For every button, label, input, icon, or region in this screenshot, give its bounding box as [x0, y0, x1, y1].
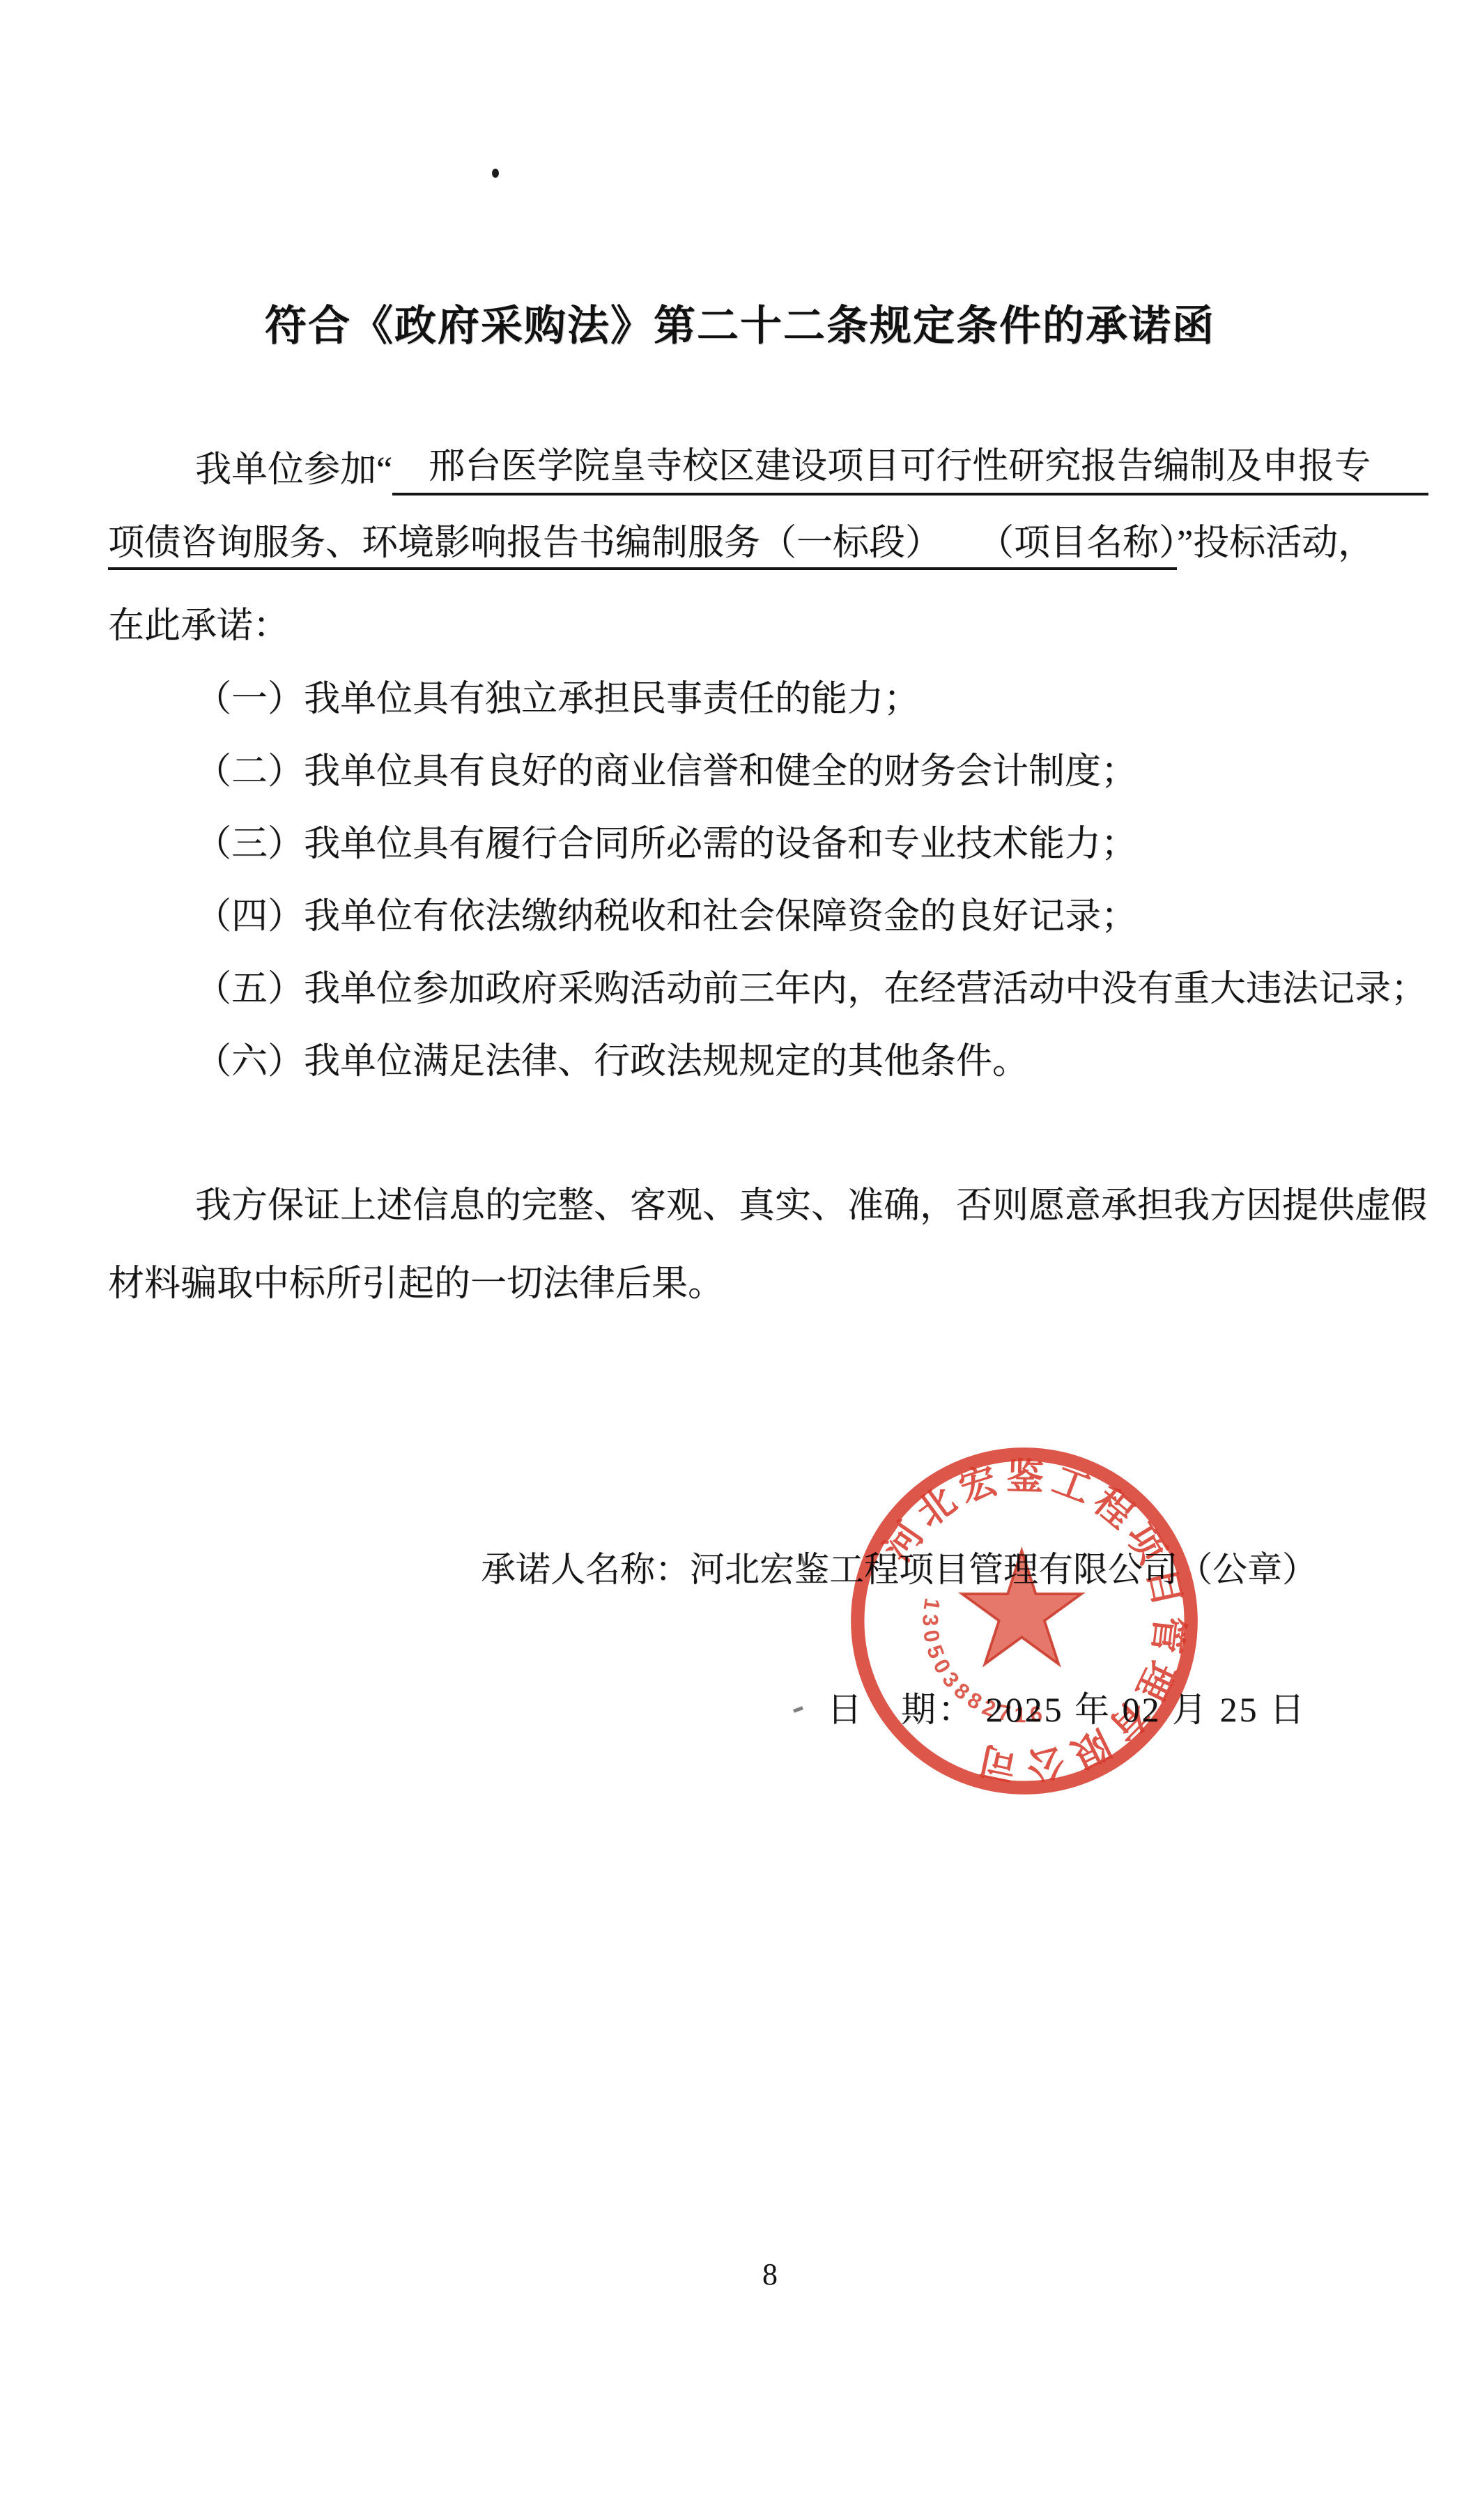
paragraph-line: 项债咨询服务、环境影响报告书编制服务（一标段） （项目名称）”投标活动， [108, 505, 1428, 583]
seal-ring [858, 1454, 1191, 1788]
scanned-document-page: { "document": { "title": "符合《政府采购法》第二十二条… [0, 0, 1480, 2520]
paragraph-line: 我单位参加“ 邢台医学院皇寺校区建设项目可行性研究报告编制及申报专 [108, 427, 1428, 505]
signature-line: 承诺人名称：河北宏鉴工程项目管理有限公司（公章） [481, 1542, 1317, 1592]
page-number: 8 [739, 2257, 801, 2292]
hereby-commit-text: 在此承诺： [108, 596, 289, 648]
opening-suffix: ”投标活动， [1177, 523, 1374, 563]
scan-speck [492, 169, 499, 178]
scan-mark [793, 1706, 803, 1712]
commitment-item-4: （四）我单位有依法缴纳税收和社会保障资金的良好记录； [108, 876, 1428, 948]
opening-paragraph: 我单位参加“ 邢台医学院皇寺校区建设项目可行性研究报告编制及申报专 项债咨询服务… [108, 427, 1428, 661]
signer-suffix: （公章） [1178, 1542, 1317, 1592]
commitment-item-1: （一）我单位具有独立承担民事责任的能力； [108, 659, 1428, 731]
document-page: 符合《政府采购法》第二十二条规定条件的承诺函 我单位参加“ 邢台医学院皇寺校区建… [0, 0, 1480, 2520]
seal-company-text: 河北宏鉴工程项目管理有限公司 [876, 1456, 1190, 1788]
date-line: 日 期： 2025 年 02 月 25 日 [827, 1682, 1306, 1732]
company-seal: 河北宏鉴工程项目管理有限公司 1305038827162 [832, 1429, 1217, 1813]
project-name-underlined-part1: 邢台医学院皇寺校区建设项目可行性研究报告编制及申报专 [392, 436, 1428, 495]
project-name-underlined-part2: 项债咨询服务、环境影响报告书编制服务（一标段） （项目名称） [108, 523, 1177, 570]
commitment-item-3: （三）我单位具有履行合同所必需的设备和专业技术能力； [108, 804, 1428, 876]
commitment-list: （一）我单位具有独立承担民事责任的能力； （二）我单位具有良好的商业信誉和健全的… [108, 659, 1428, 1093]
closing-line-1: 我方保证上述信息的完整、客观、真实、准确，否则愿意承担我方因提供虚假 [108, 1176, 1427, 1228]
closing-line-2: 材料骗取中标所引起的一切法律后果。 [108, 1254, 724, 1306]
paragraph-line: 在此承诺： [108, 583, 1428, 661]
commitment-item-2: （二）我单位具有良好的商业信誉和健全的财务会计制度； [108, 731, 1428, 804]
paragraph-line: 我方保证上述信息的完整、客观、真实、准确，否则愿意承担我方因提供虚假 [108, 1162, 1428, 1240]
commitment-item-6: （六）我单位满足法律、行政法规规定的其他条件。 [108, 1021, 1428, 1093]
commitment-item-5: （五）我单位参加政府采购活动前三年内，在经营活动中没有重大违法记录； [108, 948, 1428, 1021]
closing-paragraph: 我方保证上述信息的完整、客观、真实、准确，否则愿意承担我方因提供虚假 材料骗取中… [108, 1162, 1428, 1319]
signer-company: 河北宏鉴工程项目管理有限公司 [690, 1542, 1178, 1592]
paragraph-line: 材料骗取中标所引起的一切法律后果。 [108, 1240, 1428, 1319]
opening-prefix: 我单位参加“ [108, 440, 392, 492]
signer-label: 承诺人名称： [481, 1542, 690, 1592]
document-title: 符合《政府采购法》第二十二条规定条件的承诺函 [0, 293, 1480, 353]
